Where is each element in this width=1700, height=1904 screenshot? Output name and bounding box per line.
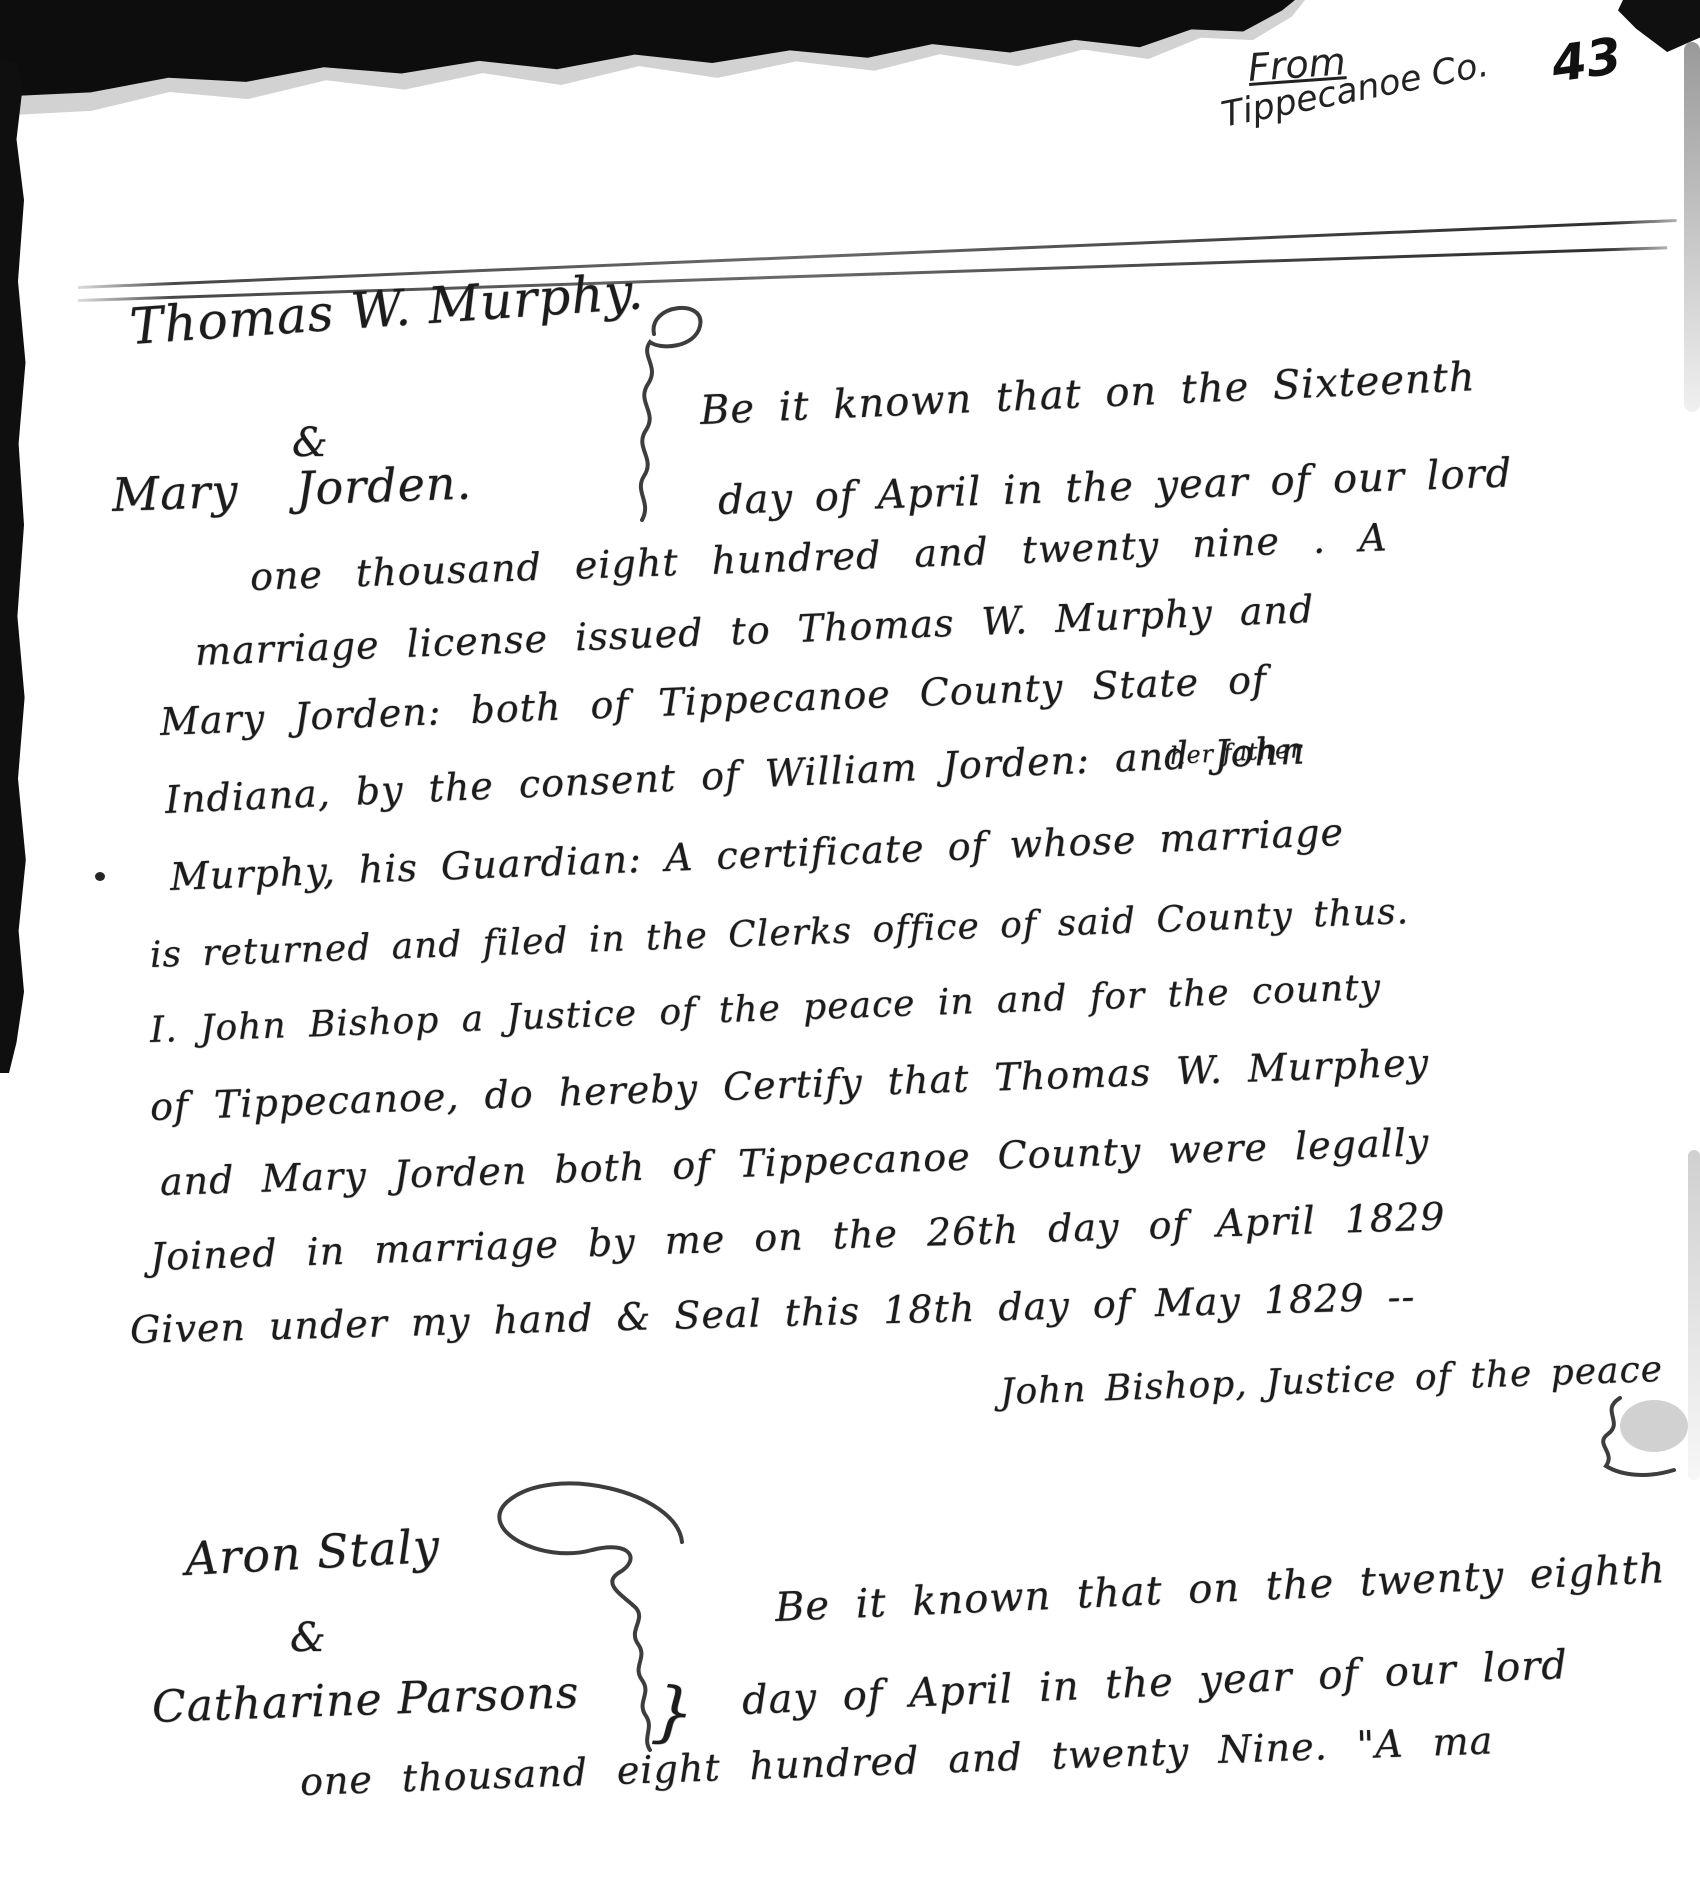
record2-body-line: Be it known that on the twenty eighth <box>774 1546 1666 1631</box>
left-edge-scan-artifact <box>0 58 30 1073</box>
record1-body-line: Mary Jorden: both of Tippecanoe County S… <box>159 657 1268 743</box>
record2-party1-name: Aron Staly <box>184 1519 442 1586</box>
record2-body-line: day of April in the year of our lord <box>741 1642 1569 1724</box>
record2-brace: } <box>649 1672 697 1752</box>
right-edge-smudge-top <box>1684 42 1700 412</box>
record2-ampersand: & <box>290 1615 327 1661</box>
record1-body-line: Indiana, by the consent of William Jorde… <box>164 728 1306 822</box>
record1-party2-name: Mary Jorden. <box>111 455 473 522</box>
record1-body-line: day of April in the year of our lord <box>717 450 1513 524</box>
record1-body-line: one thousand eight hundred and twenty ni… <box>249 515 1388 599</box>
record1-body-line: marriage license issued to Thomas W. Mur… <box>194 587 1315 674</box>
document-scan-page: From Tippecanoe Co. 43 Thomas W. Murphy.… <box>0 0 1700 1904</box>
record1-body-line: of Tippecanoe, do hereby Certify that Th… <box>149 1040 1429 1129</box>
page-number: 43 <box>1548 27 1625 94</box>
record1-body-line: and Mary Jorden both of Tippecanoe Count… <box>159 1120 1430 1204</box>
record1-body-line: I. John Bishop a Justice of the peace in… <box>149 967 1381 1051</box>
record1-party1-name: Thomas W. Murphy. <box>128 262 646 356</box>
margin-dot <box>95 872 105 881</box>
seal-flourish <box>1582 1388 1692 1488</box>
record1-body-line: Given under my hand & Seal this 18th day… <box>129 1274 1415 1352</box>
record1-body-line: Be it known that on the Sixteenth <box>699 354 1476 434</box>
record1-ampersand: & <box>292 420 329 466</box>
record1-body-line: Murphy, his Guardian: A certificate of w… <box>169 810 1345 899</box>
record1-body-line: is returned and filed in the Clerks offi… <box>149 891 1409 976</box>
record1-body-line: Joined in marriage by me on the 26th day… <box>149 1194 1446 1279</box>
record1-signature: John Bishop, Justice of the peace <box>999 1349 1663 1413</box>
